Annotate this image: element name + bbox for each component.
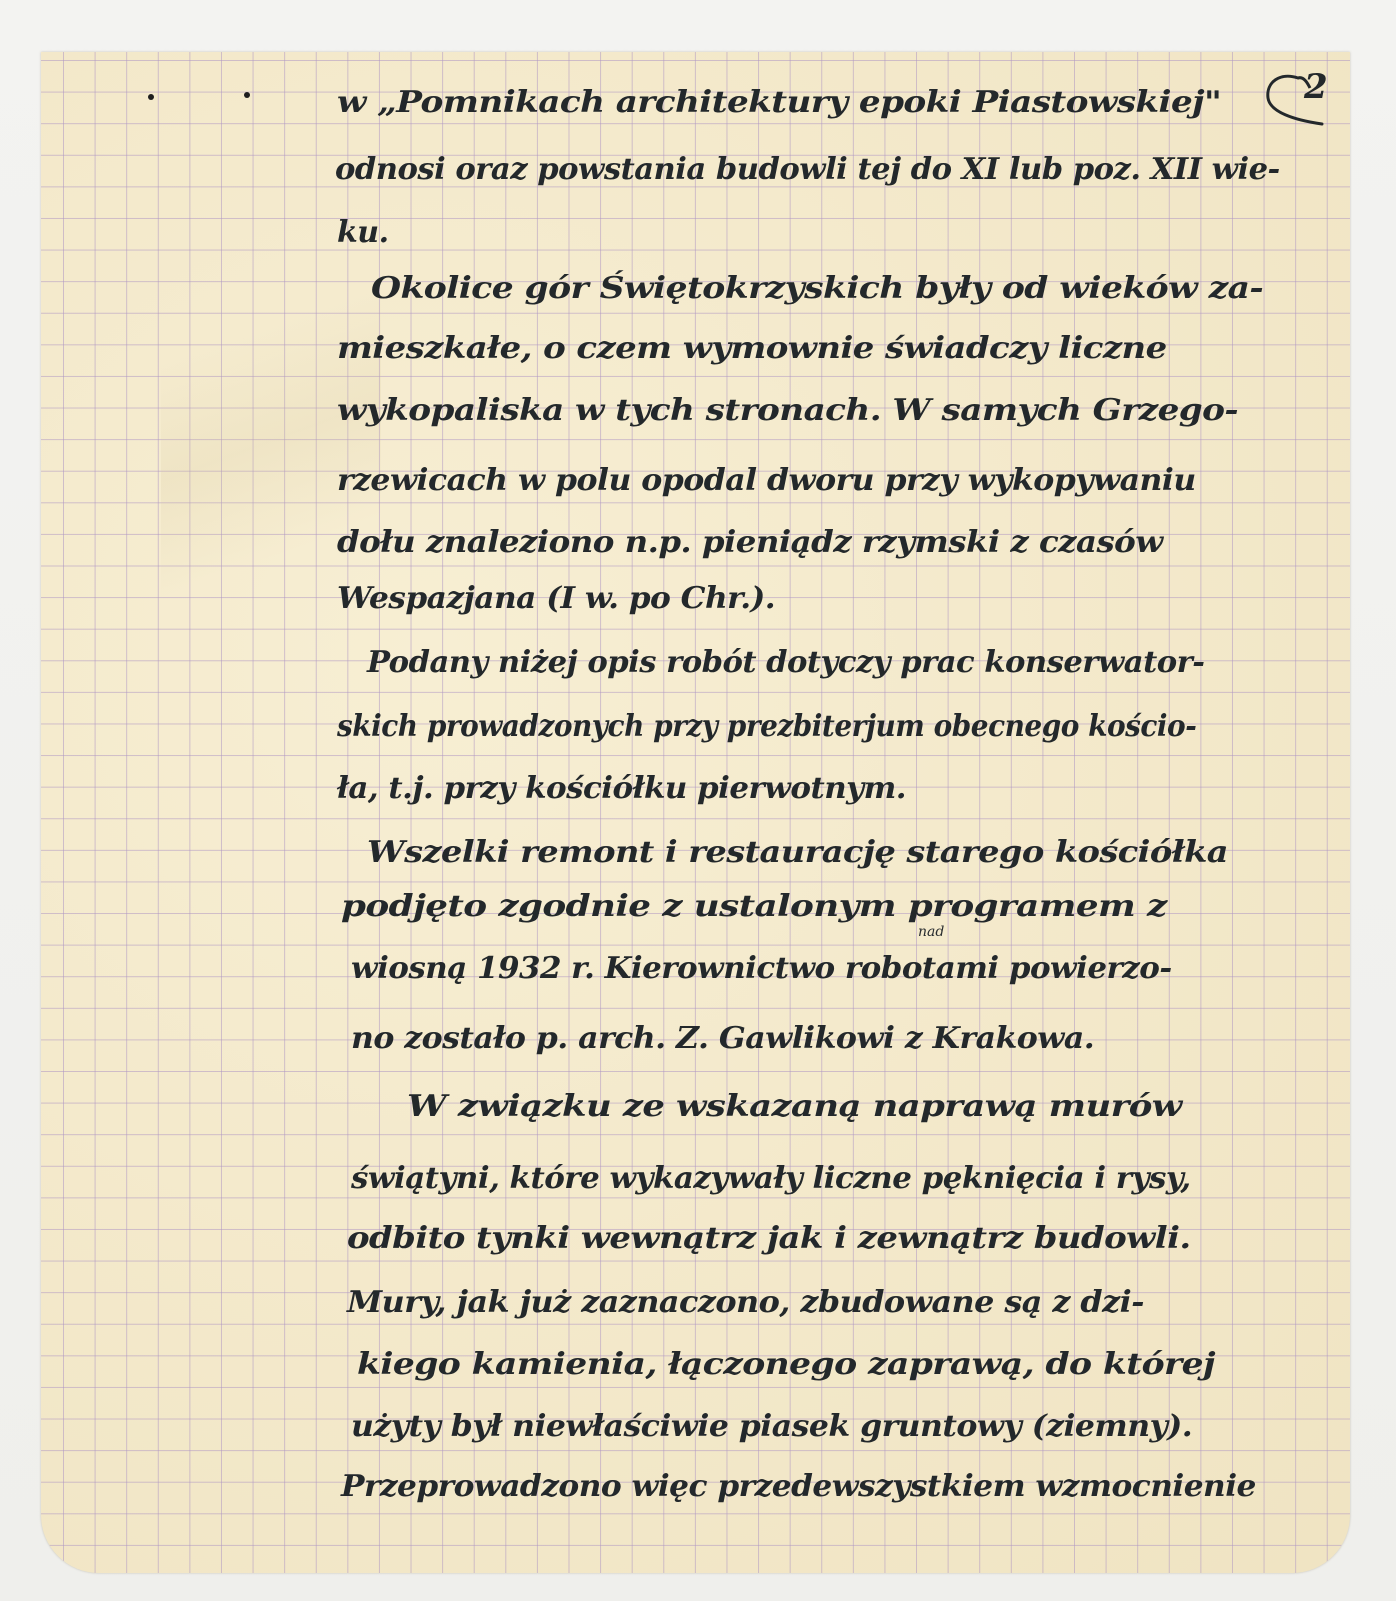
page-number: 2 (1304, 70, 1327, 104)
page-number-mark: 2 (1260, 68, 1330, 128)
text-line-3: ku. (337, 218, 389, 248)
text-line-23: Przeprowadzono więc przedewszystkiem wzm… (341, 1472, 1256, 1502)
manuscript-page: 2 w „Pomnikach architektury epoki Piasto… (41, 52, 1350, 1573)
text-line-13: Wszelki remont i restaurację starego koś… (367, 838, 1228, 868)
text-line-2: odnosi oraz powstania budowli tej do XI … (335, 155, 1280, 185)
text-line-11: skich prowadzonych przy prezbiterjum obe… (337, 712, 1196, 742)
text-line-7: rzewicach w polu opodal dworu przy wykop… (337, 466, 1196, 496)
perforated-top-edge (41, 47, 1350, 55)
text-line-1: w „Pomnikach architektury epoki Piastows… (337, 88, 1221, 118)
text-line-21: kiego kamienia, łączonego zaprawą, do kt… (357, 1350, 1215, 1380)
text-line-16: no zostało p. arch. Z. Gawlikowi z Krako… (351, 1024, 1094, 1054)
text-line-9: Wespazjana (I w. po Chr.). (337, 584, 775, 614)
text-line-20: Mury, jak już zaznaczono, zbudowane są z… (347, 1288, 1144, 1318)
text-line-17: W związku ze wskazaną naprawą murów (407, 1092, 1182, 1122)
text-line-5: mieszkałe, o czem wymownie świadczy licz… (337, 334, 1167, 364)
circle-mark-icon (1260, 68, 1340, 128)
ink-dot (148, 94, 154, 100)
text-line-19: odbito tynki wewnątrz jak i zewnątrz bud… (347, 1224, 1191, 1254)
text-line-15: wiosną 1932 r. Kierownictwo robotami pow… (351, 954, 1172, 984)
text-line-18: świątyni, które wykazywały liczne pęknię… (351, 1164, 1191, 1194)
ink-dot (244, 92, 250, 98)
text-line-8: dołu znaleziono n.p. pieniądz rzymski z … (337, 528, 1163, 558)
text-line-6: wykopaliska w tych stronach. W samych Gr… (337, 396, 1238, 426)
text-line-14: podjęto zgodnie z ustalonym programem z (341, 892, 1167, 922)
interlinear-insert: nad (918, 924, 944, 940)
text-line-10: Podany niżej opis robót dotyczy prac kon… (367, 648, 1204, 678)
text-line-4: Okolice gór Świętokrzyskich były od wiek… (371, 274, 1263, 304)
text-line-22: użyty był niewłaściwie piasek gruntowy (… (351, 1412, 1192, 1442)
text-line-12: ła, t.j. przy kościółku pierwotnym. (337, 774, 906, 804)
